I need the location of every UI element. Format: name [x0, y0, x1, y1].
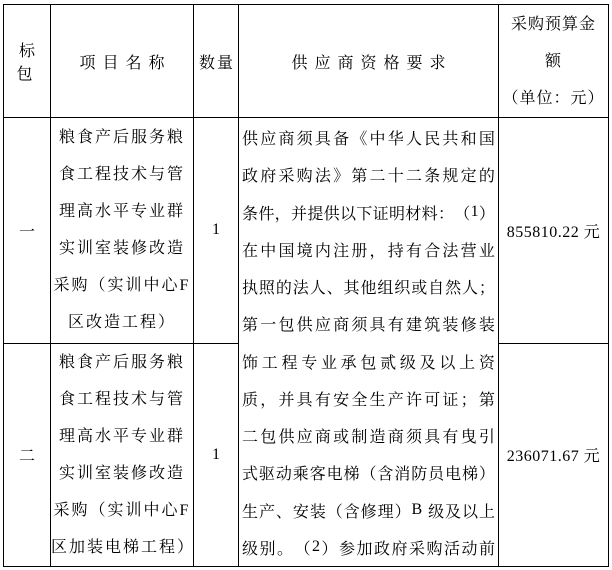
- quantity-cell: 1: [194, 118, 239, 344]
- qualification-line: 二包供应商或制造商须具有曳引: [242, 417, 495, 454]
- header-budget: 采购预算金 额 （单位：元）: [499, 5, 609, 118]
- project-name-line: 理高水平专业群: [51, 193, 193, 230]
- procurement-table: 标包 项目名称 数量 供应商资格要求 采购预算金 额 （单位：元） 一 粮食产后…: [3, 4, 609, 567]
- qualification-line: 级别。（2）参加政府采购活动前: [242, 529, 495, 566]
- project-name-line: 粮食产后服务粮: [51, 119, 193, 156]
- qualification-line: 政府采购法》第二十二条规定的: [242, 156, 495, 193]
- quantity-cell: 1: [194, 343, 239, 567]
- qualification-cell: 供应商须具备《中华人民共和国 政府采购法》第二十二条规定的 条件，并提供以下证明…: [239, 118, 499, 567]
- header-package: 标包: [4, 5, 51, 118]
- budget-cell: 855810.22 元: [499, 118, 609, 344]
- qualification-line: 式驱动乘客电梯（含消防员电梯）: [242, 454, 495, 491]
- budget-cell: 236071.67 元: [499, 343, 609, 567]
- table-header-row: 标包 项目名称 数量 供应商资格要求 采购预算金 额 （单位：元）: [4, 5, 609, 118]
- header-quantity: 数量: [194, 5, 239, 118]
- document-page: 标包 项目名称 数量 供应商资格要求 采购预算金 额 （单位：元） 一 粮食产后…: [0, 0, 612, 570]
- header-qualification: 供应商资格要求: [239, 5, 499, 118]
- project-name-line: 采购（实训中心F: [51, 267, 193, 304]
- qualification-line: 执照的法人、其他组织或自然人；: [242, 268, 495, 305]
- header-budget-line: （单位：元）: [499, 80, 608, 117]
- qualification-line: 第一包供应商须具有建筑装修装: [242, 305, 495, 342]
- package-cell: 二: [4, 343, 51, 567]
- project-name-cell: 粮食产后服务粮 食工程技术与管 理高水平专业群 实训室装修改造 采购（实训中心F…: [51, 118, 194, 344]
- project-name-line: 食工程技术与管: [51, 381, 193, 418]
- project-name-line: 区改造工程）: [51, 304, 193, 341]
- project-name-line: 实训室装修改造: [51, 230, 193, 267]
- project-name-line: 采购（实训中心F: [51, 492, 193, 529]
- project-name-text: 粮食产后服务粮 食工程技术与管 理高水平专业群 实训室装修改造 采购（实训中心F…: [51, 344, 193, 566]
- qualification-line: 质，并具有安全生产许可证；第: [242, 380, 495, 417]
- project-name-cell: 粮食产后服务粮 食工程技术与管 理高水平专业群 实训室装修改造 采购（实训中心F…: [51, 343, 194, 567]
- qualification-line: 生产、安装（含修理）B 级及以上: [242, 492, 495, 529]
- package-cell: 一: [4, 118, 51, 344]
- qualification-line: 在中国境内注册，持有合法营业: [242, 231, 495, 268]
- qualification-line: 条件，并提供以下证明材料：（1）: [242, 194, 495, 231]
- table-row-package-1: 一 粮食产后服务粮 食工程技术与管 理高水平专业群 实训室装修改造 采购（实训中…: [4, 118, 609, 344]
- header-budget-line: 采购预算金: [499, 6, 608, 43]
- project-name-line: 粮食产后服务粮: [51, 344, 193, 381]
- project-name-line: 食工程技术与管: [51, 156, 193, 193]
- header-budget-line: 额: [499, 43, 608, 80]
- qualification-line: 供应商须具备《中华人民共和国: [242, 119, 495, 156]
- header-project-name: 项目名称: [51, 5, 194, 118]
- project-name-text: 粮食产后服务粮 食工程技术与管 理高水平专业群 实训室装修改造 采购（实训中心F…: [51, 119, 193, 341]
- qualification-line: 饰工程专业承包贰级及以上资: [242, 343, 495, 380]
- project-name-line: 区加装电梯工程）: [51, 529, 193, 566]
- project-name-line: 实训室装修改造: [51, 455, 193, 492]
- project-name-line: 理高水平专业群: [51, 418, 193, 455]
